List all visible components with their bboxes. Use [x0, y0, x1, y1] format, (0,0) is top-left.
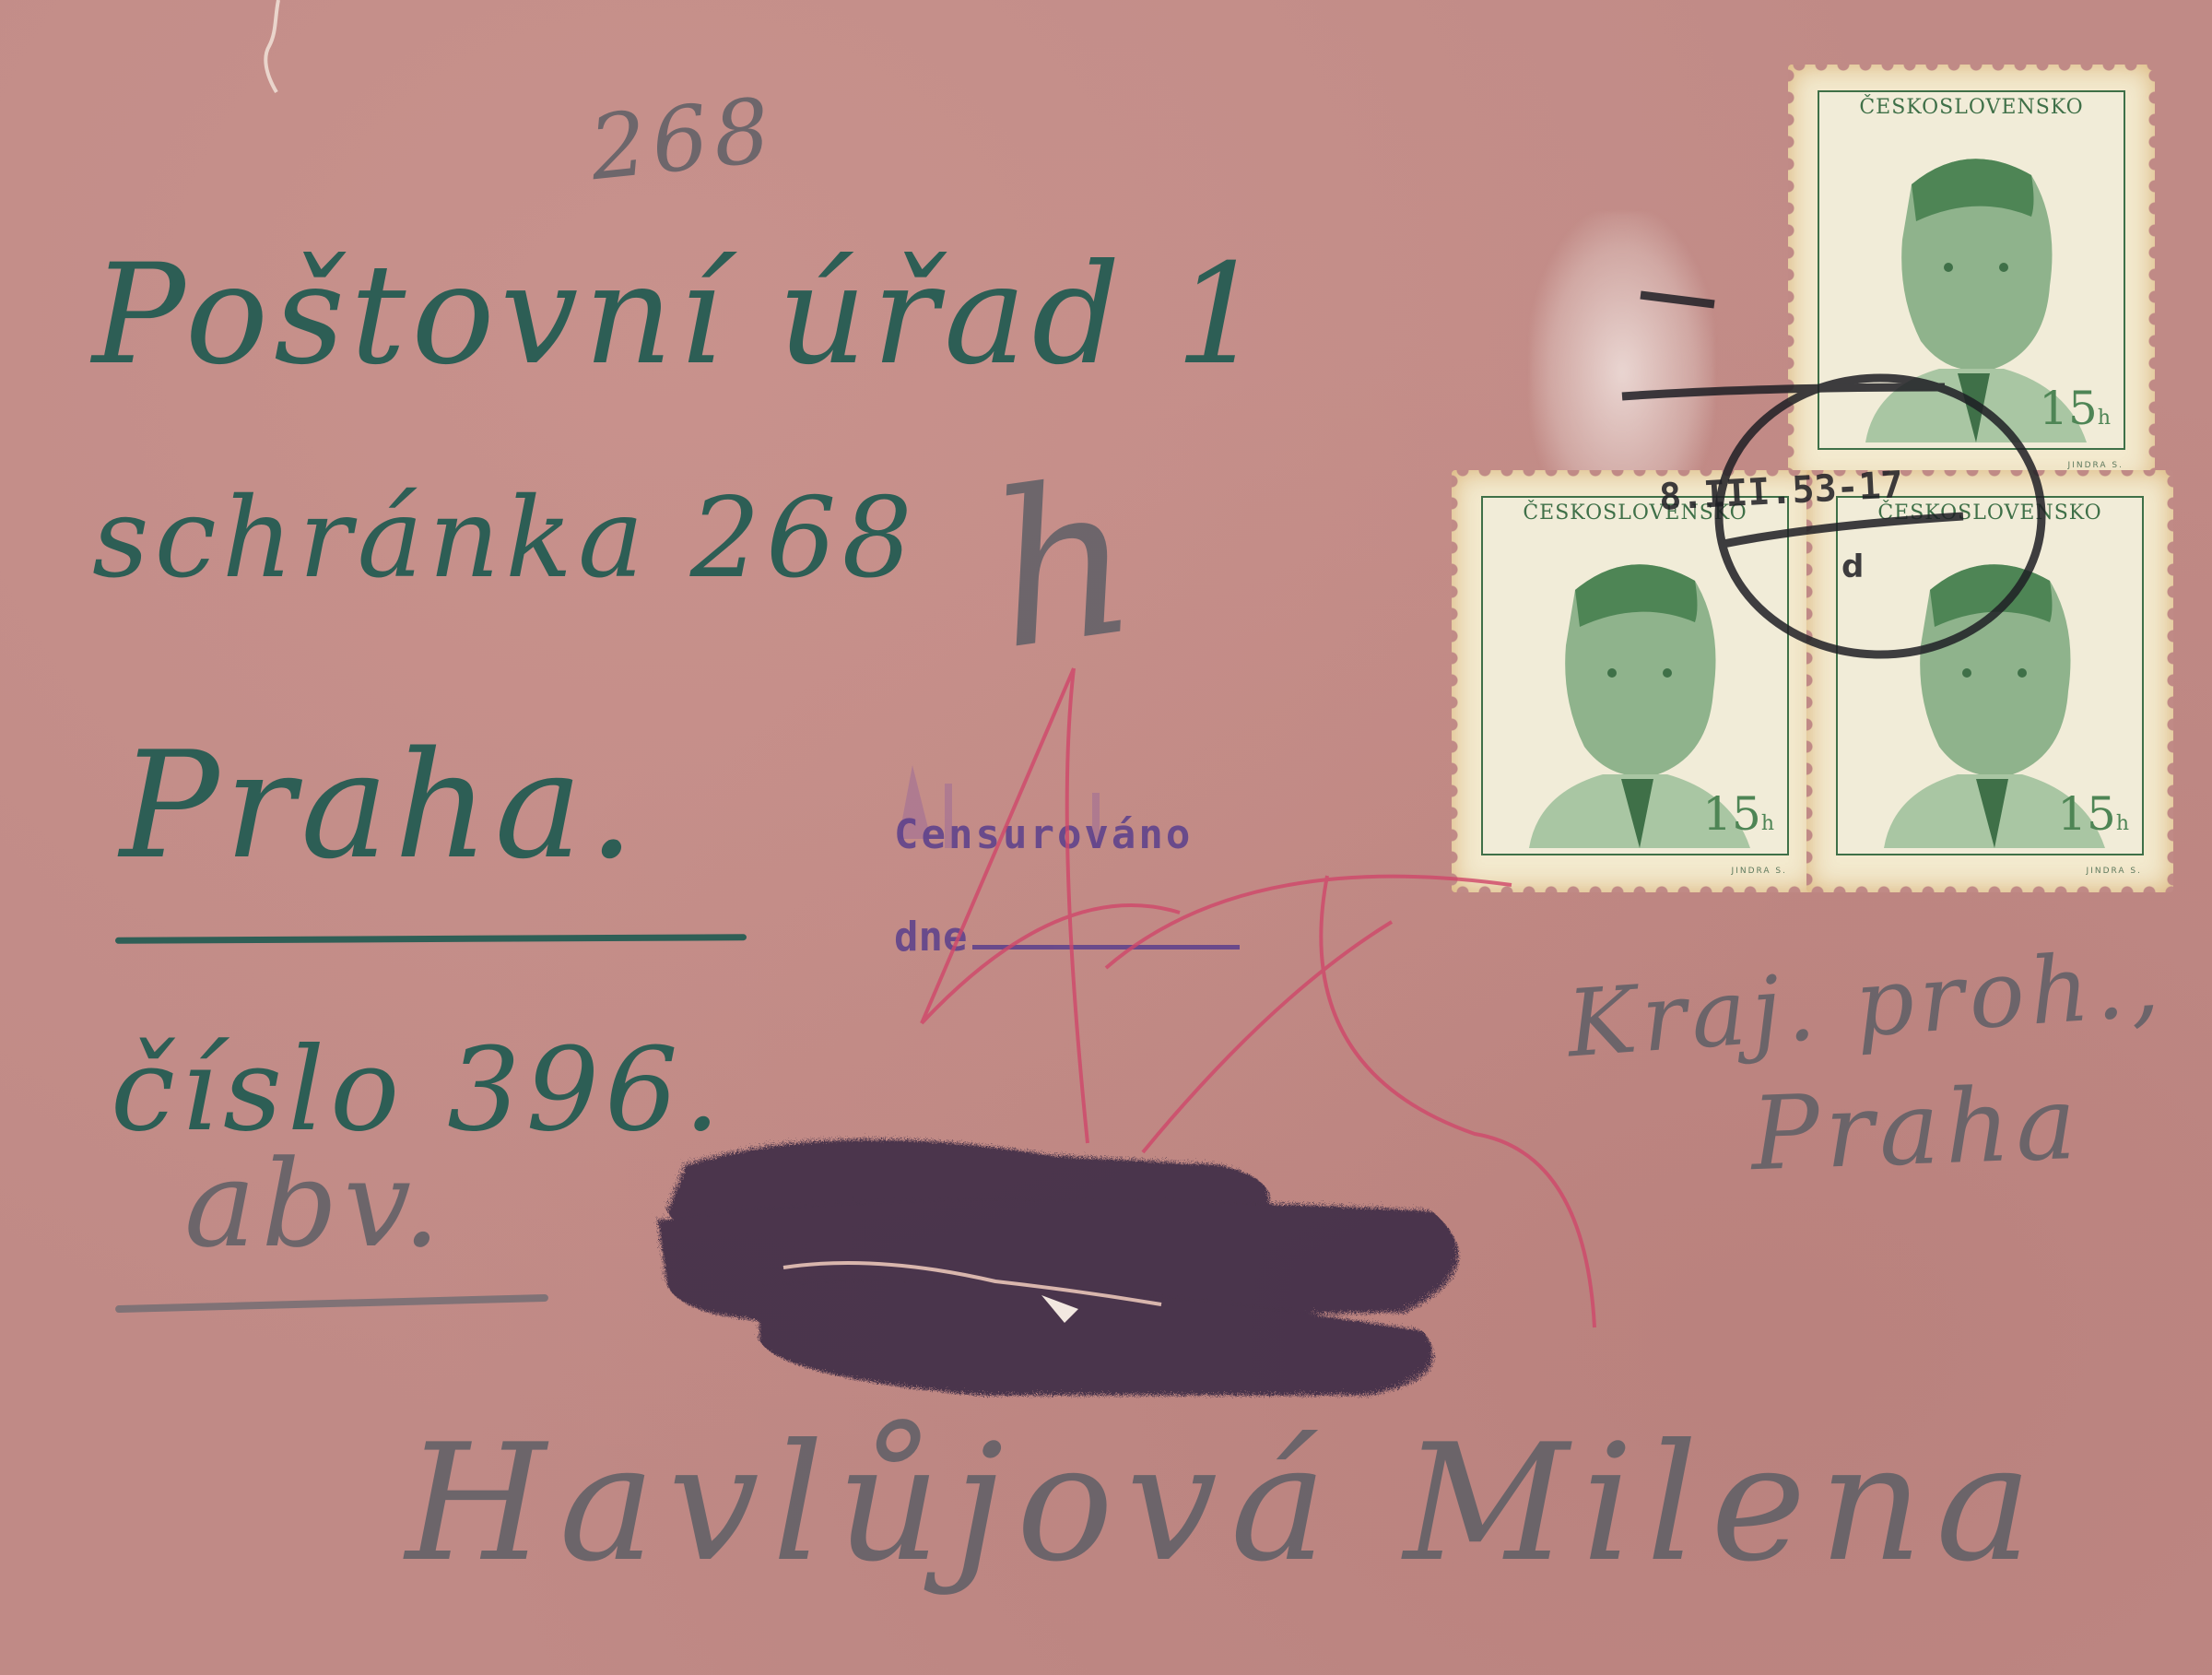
stamp-value-number: 15	[2039, 382, 2098, 435]
stamp-frame: ČESKOSLOVENSKO 15h	[1836, 496, 2144, 855]
stamp-value: 15h	[1702, 787, 1774, 841]
pencil-note-number: 268	[585, 78, 781, 200]
city-underline	[115, 934, 747, 944]
censor-stamp-word: Censurováno	[894, 811, 1240, 858]
pencil-mark-h: h	[979, 434, 1154, 698]
address-line-post-office: Poštovní úřad 1	[92, 235, 1269, 395]
envelope: 268 Poštovní úřad 1 schránka 268 Praha. …	[0, 0, 2212, 1675]
stamp-value-number: 15	[1702, 787, 1761, 841]
address-city: Praha.	[120, 719, 641, 891]
postage-stamp: ČESKOSLOVENSKO 15h JINDRA S.	[1788, 65, 2155, 487]
stamp-value-unit: h	[2098, 407, 2111, 430]
pencil-note-abbrev: abv.	[184, 1134, 446, 1274]
stamp-frame: ČESKOSLOVENSKO 15h	[1818, 90, 2125, 450]
stamp-value-unit: h	[1761, 812, 1774, 835]
postage-stamp: ČESKOSLOVENSKO 15h JINDRA S.	[1452, 470, 1818, 892]
abbrev-underline	[115, 1294, 548, 1313]
stamp-artist: JINDRA S.	[2087, 867, 2142, 876]
censor-date-line	[972, 945, 1240, 950]
sender-name: Havlůjová Milena	[406, 1410, 2045, 1598]
stamp-value-unit: h	[2116, 812, 2129, 835]
paper-scuff	[1530, 212, 1714, 479]
postmark-letter: d	[1841, 549, 1864, 585]
stamp-value: 15h	[2039, 382, 2111, 435]
stamp-value-number: 15	[2057, 787, 2116, 841]
paper-tear	[249, 0, 286, 106]
censor-date-label: dne	[894, 914, 967, 961]
censor-stamp: Censurováno dne	[894, 811, 1240, 961]
address-line-box: schránka 268	[92, 475, 918, 603]
stamp-frame: ČESKOSLOVENSKO 15h	[1481, 496, 1789, 855]
pencil-note-region: Kraj. proh.,	[1564, 929, 2168, 1079]
stamp-country: ČESKOSLOVENSKO	[1819, 96, 2124, 119]
stamp-value: 15h	[2057, 787, 2129, 841]
pencil-note-city: Praha	[1749, 1064, 2084, 1193]
stamp-artist: JINDRA S.	[1732, 867, 1787, 876]
censor-stamp-date: dne	[894, 914, 1240, 961]
stamp-artist: JINDRA S.	[2068, 461, 2124, 470]
postage-stamp: ČESKOSLOVENSKO 15h JINDRA S.	[1806, 470, 2173, 892]
redacted-address-block	[645, 1097, 1484, 1410]
